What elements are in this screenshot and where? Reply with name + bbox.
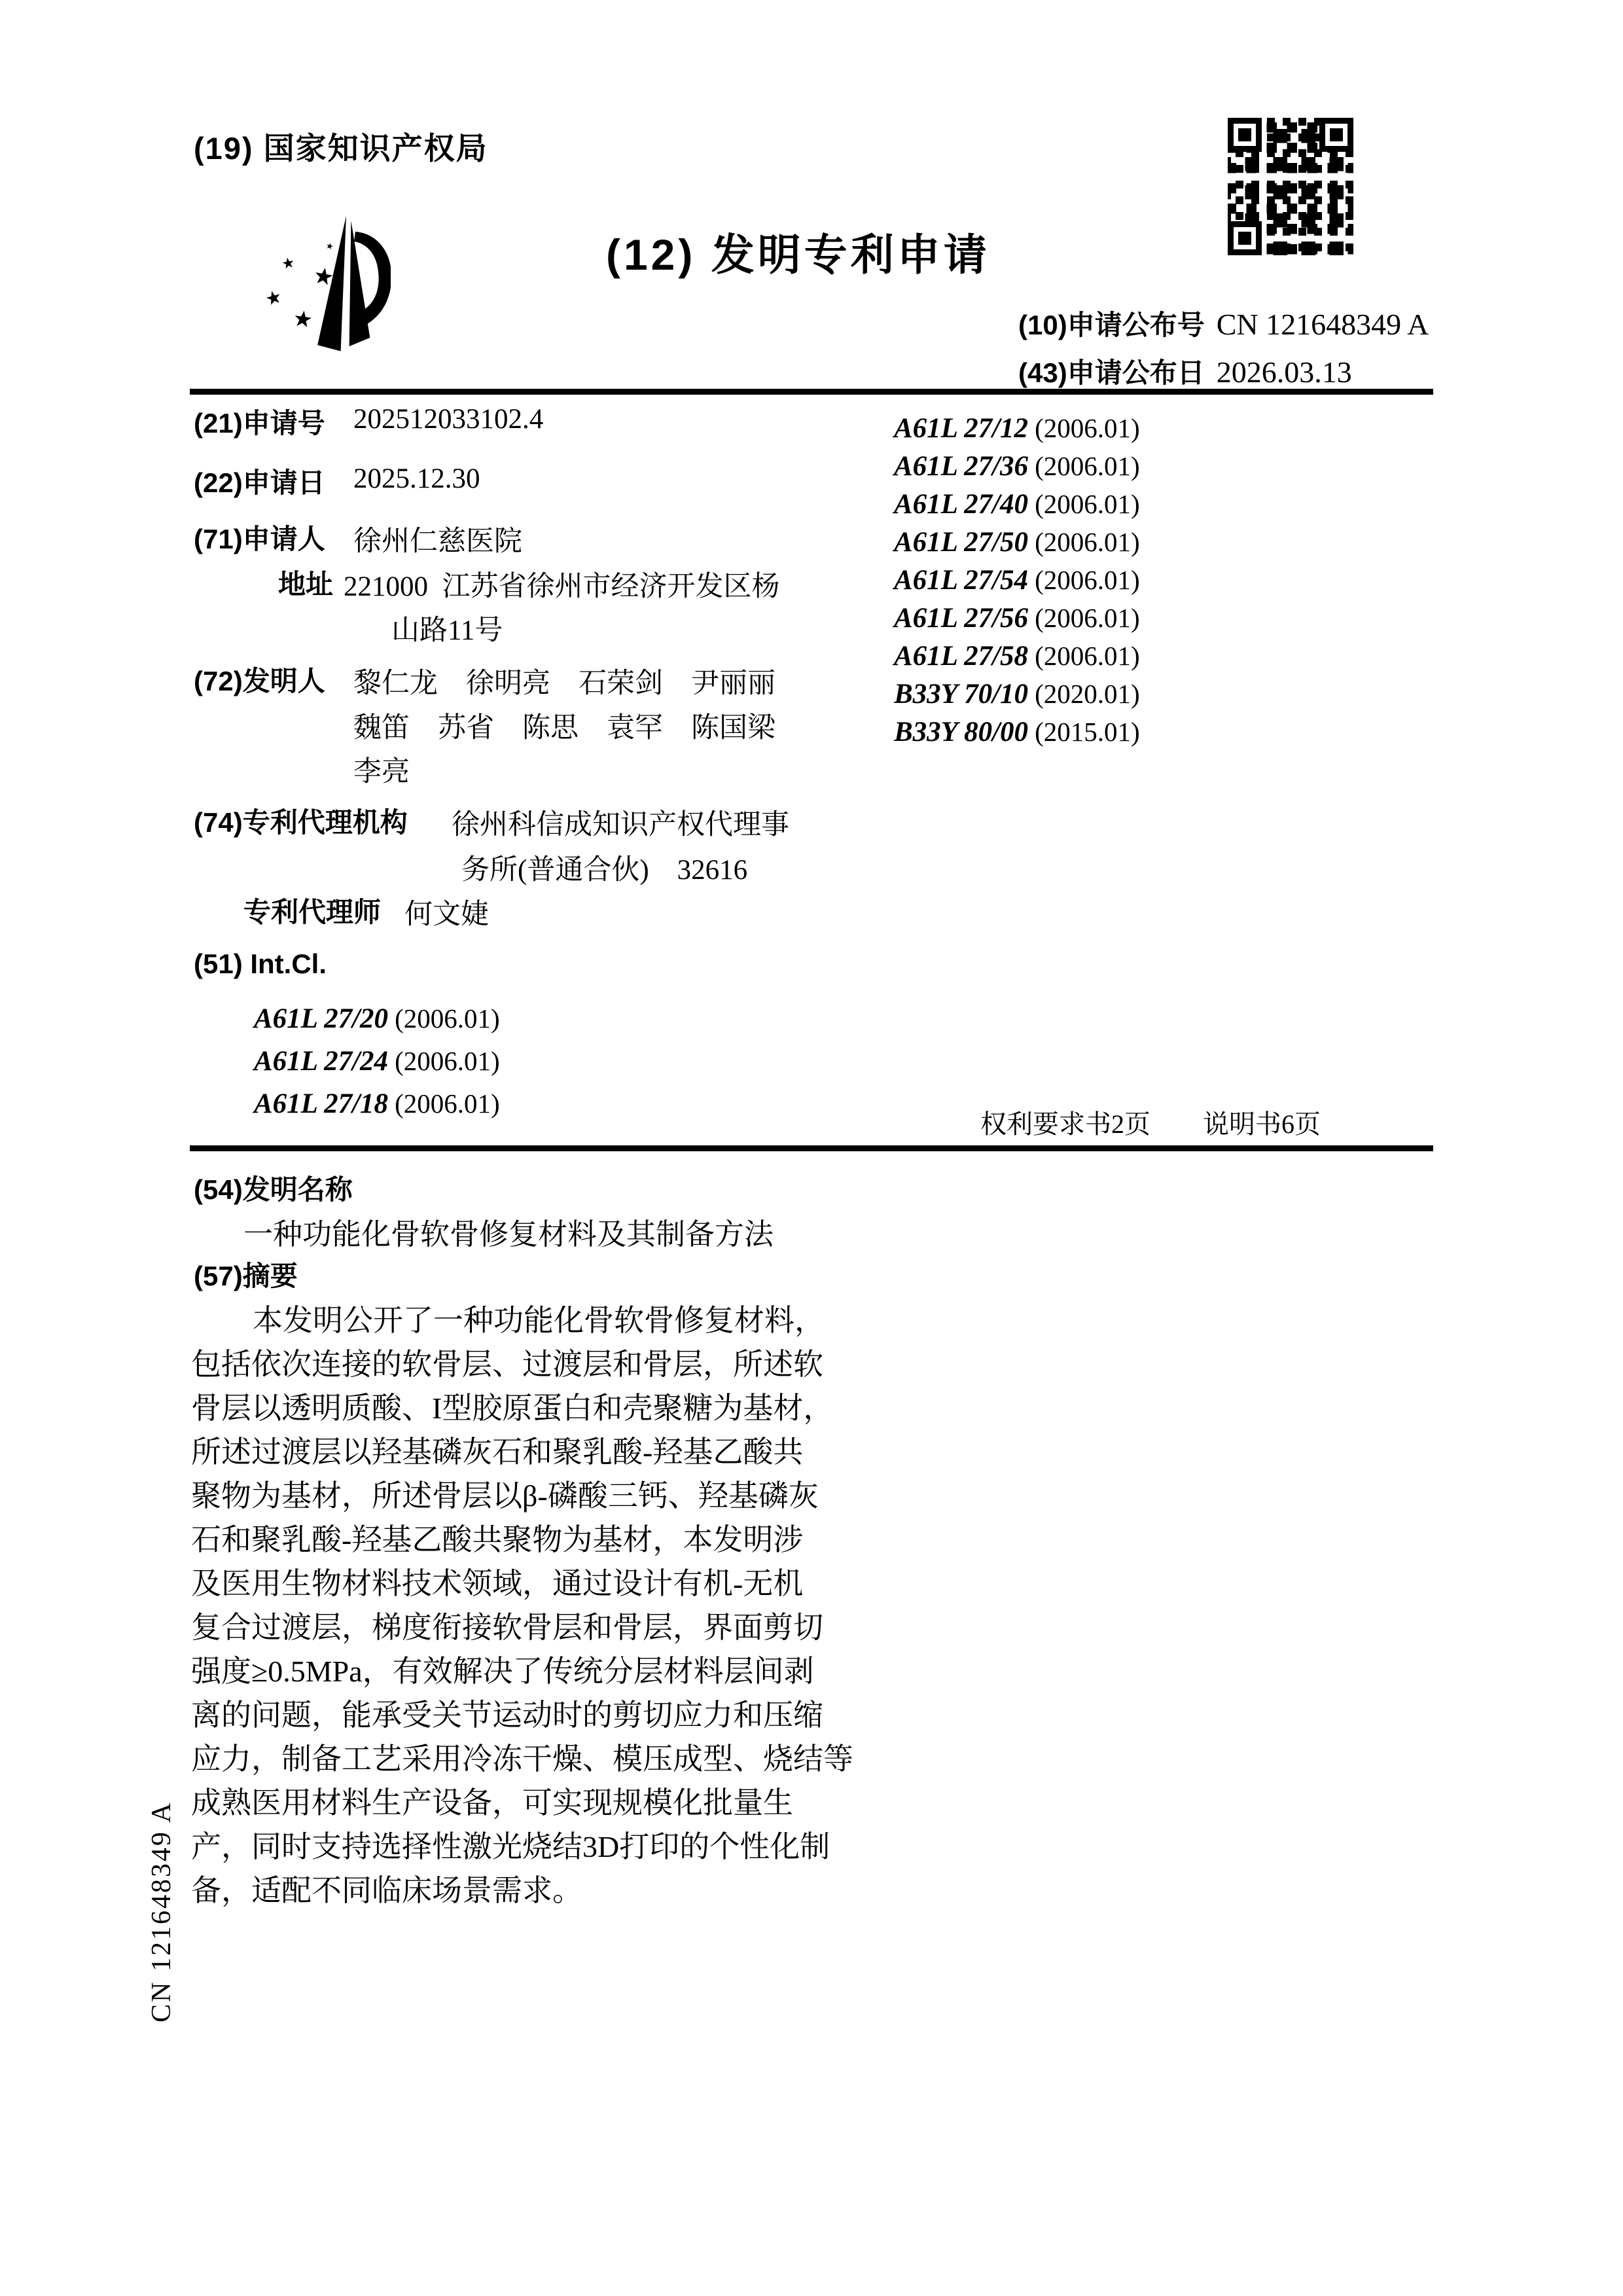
- publication-date-value: 2026.03.13: [1217, 355, 1352, 389]
- abstract-text: 本发明公开了一种功能化骨软骨修复材料， 包括依次连接的软骨层、过渡层和骨层，所述…: [191, 1299, 918, 1912]
- agent-value: 何文婕: [404, 892, 489, 932]
- abstract-line: 应力，制备工艺采用冷冻干燥、模压成型、烧结等: [191, 1737, 918, 1781]
- abstract-line: 离的问题，能承受关节运动时的剪切应力和压缩: [191, 1693, 918, 1737]
- ipc-code: A61L 27/20: [254, 1003, 388, 1034]
- agency-label: (74)专利代理机构: [194, 801, 408, 840]
- abstract-line: 复合过渡层，梯度衔接软骨层和骨层，界面剪切: [191, 1605, 918, 1649]
- invention-title-label: (54)发明名称: [194, 1168, 353, 1208]
- agency-line2: 务所(普通合伙) 32616: [461, 848, 747, 888]
- inventors-line3: 李亮: [353, 749, 410, 789]
- publication-number-label: (10)申请公布号: [1018, 304, 1205, 343]
- abstract-line: 骨层以透明质酸、I型胶原蛋白和壳聚糖为基材，: [191, 1386, 918, 1430]
- publication-date-label: (43)申请公布日: [1018, 351, 1205, 391]
- ipc-version: (2006.01): [395, 1088, 500, 1119]
- applicant-value: 徐州仁慈医院: [353, 519, 522, 559]
- abstract-line: 产，同时支持选择性激光烧结3D打印的个性化制: [191, 1825, 918, 1869]
- pages-note: 权利要求书2页 说明书6页: [980, 1103, 1321, 1141]
- inventors-line1: 黎仁龙 徐明亮 石荣剑 尹丽丽: [353, 661, 776, 701]
- address-label: 地址: [278, 563, 333, 602]
- agent-label: 专利代理师: [243, 891, 381, 930]
- sidebar-publication-number: CN 121648349 A: [147, 1813, 176, 2022]
- ipc-version: (2006.01): [395, 1003, 500, 1033]
- qr-finder-icon: [1228, 118, 1262, 152]
- ipc-code-item: A61L 27/18(2006.01): [243, 1076, 500, 1132]
- publication-date-row: (43)申请公布日 2026.03.13: [1018, 351, 1352, 391]
- abstract-line: 备，适配不同临床场景需求。: [191, 1869, 918, 1912]
- intcl-label: (51) Int.Cl.: [194, 948, 327, 980]
- application-date-value: 2025.12.30: [353, 463, 480, 495]
- agency-line1: 徐州科信成知识产权代理事: [452, 802, 789, 842]
- abstract-line: 所述过渡层以羟基磷灰石和聚乳酸-羟基乙酸共: [191, 1430, 918, 1474]
- publication-number-value: CN 121648349 A: [1217, 307, 1429, 342]
- ipc-code: B33Y 80/00: [894, 717, 1028, 747]
- abstract-label: (57)摘要: [194, 1255, 298, 1294]
- qr-finder-icon: [1319, 118, 1353, 152]
- application-number-value: 202512033102.4: [353, 403, 543, 435]
- ipc-version: (2015.01): [1035, 717, 1140, 747]
- abstract-line: 及医用生物材料技术领域，通过设计有机-无机: [191, 1562, 918, 1605]
- ipc-code: A61L 27/24: [254, 1046, 388, 1077]
- qr-code: [1228, 118, 1353, 255]
- cnipa-logo: [257, 212, 391, 366]
- address-line1: 221000 江苏省徐州市经济开发区杨: [344, 564, 780, 604]
- abstract-line: 石和聚乳酸-羟基乙酸共聚物为基材，本发明涉: [191, 1518, 918, 1562]
- ipc-code-item: B33Y 80/00(2015.01): [883, 704, 1140, 760]
- address-line2: 山路11号: [391, 608, 503, 648]
- qr-finder-icon: [1228, 221, 1262, 255]
- invention-title: 一种功能化骨软骨修复材料及其制备方法: [243, 1210, 774, 1253]
- abstract-line: 强度≥0.5MPa，有效解决了传统分层材料层间剥: [191, 1649, 918, 1693]
- divider-middle: [190, 1145, 1433, 1151]
- divider-top: [190, 389, 1433, 395]
- abstract-line: 包括依次连接的软骨层、过渡层和骨层，所述软: [191, 1342, 918, 1386]
- abstract-line: 聚物为基材，所述骨层以β-磷酸三钙、羟基磷灰: [191, 1474, 918, 1518]
- ipc-version: (2006.01): [395, 1046, 500, 1076]
- abstract-line: 本发明公开了一种功能化骨软骨修复材料，: [191, 1299, 918, 1342]
- ipc-code: A61L 27/18: [254, 1088, 388, 1119]
- abstract-line: 成熟医用材料生产设备，可实现规模化批量生: [191, 1781, 918, 1825]
- inventors-label: (72)发明人: [194, 660, 325, 699]
- inventors-line2: 魏笛 苏省 陈思 袁罕 陈国梁: [353, 706, 776, 745]
- application-date-label: (22)申请日: [194, 461, 325, 501]
- document-type-title: (12) 发明专利申请: [606, 220, 990, 282]
- publication-number-row: (10)申请公布号 CN 121648349 A: [1018, 304, 1429, 343]
- application-number-label: (21)申请号: [194, 402, 325, 441]
- applicant-label: (71)申请人: [194, 518, 325, 557]
- patent-front-page: (19) 国家知识产权局 (12) 发明专利申请 (10)申请公布号 CN 12…: [0, 0, 1623, 2296]
- patent-office-name: (19) 国家知识产权局: [194, 124, 488, 168]
